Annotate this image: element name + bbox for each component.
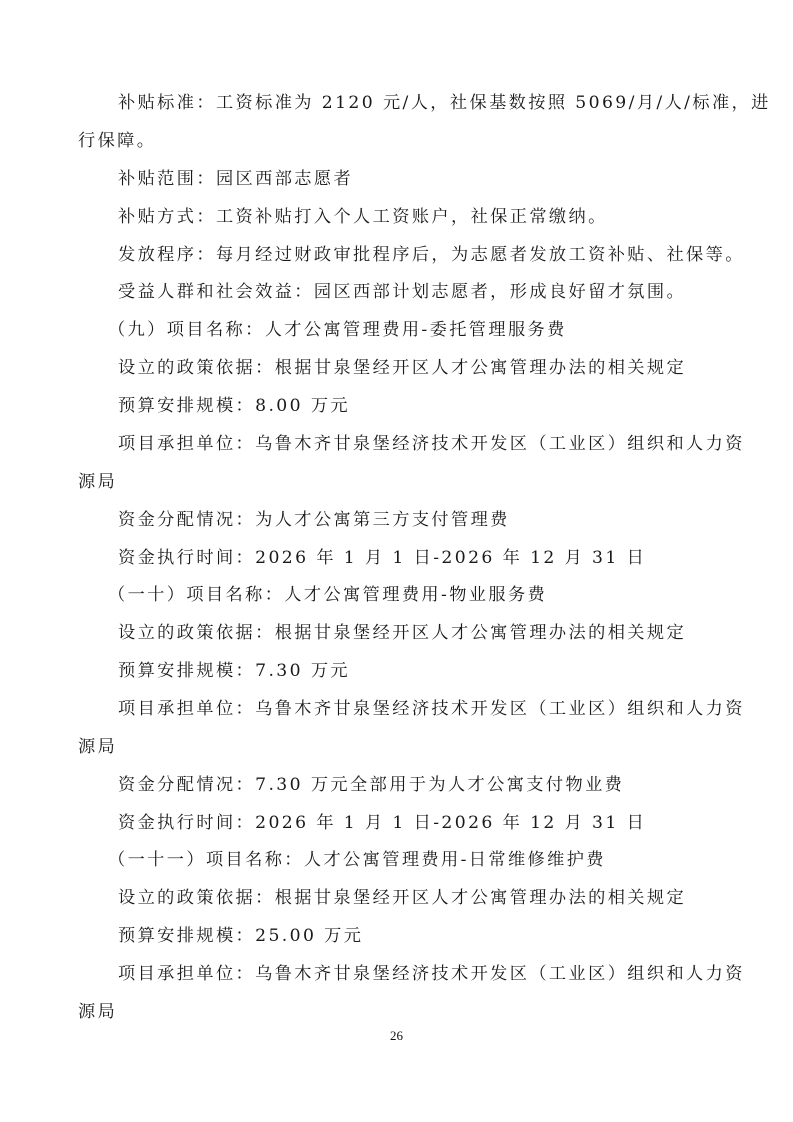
subsidy-standard-continuation: 行保障。 bbox=[78, 129, 718, 153]
distribution-procedure-line: 发放程序：每月经过财政审批程序后，为志愿者发放工资补贴、社保等。 bbox=[118, 243, 758, 267]
project-10-budget: 预算安排规模：7.30 万元 bbox=[118, 659, 758, 683]
project-9-title: （九）项目名称：人才公寓管理费用-委托管理服务费 bbox=[108, 318, 748, 342]
page-number: 26 bbox=[0, 1028, 793, 1044]
project-9-execution-time: 资金执行时间：2026 年 1 月 1 日-2026 年 12 月 31 日 bbox=[118, 546, 758, 570]
project-10-allocation: 资金分配情况：7.30 万元全部用于为人才公寓支付物业费 bbox=[118, 773, 758, 797]
project-10-execution-time: 资金执行时间：2026 年 1 月 1 日-2026 年 12 月 31 日 bbox=[118, 811, 758, 835]
subsidy-standard-line: 补贴标准：工资标准为 2120 元/人，社保基数按照 5069/月/人/标准，进 bbox=[118, 91, 758, 115]
project-11-unit: 项目承担单位：乌鲁木齐甘泉堡经济技术开发区（工业区）组织和人力资 bbox=[118, 962, 758, 986]
project-9-unit-continuation: 源局 bbox=[78, 470, 718, 494]
project-9-allocation: 资金分配情况：为人才公寓第三方支付管理费 bbox=[118, 508, 758, 532]
project-11-budget: 预算安排规模：25.00 万元 bbox=[118, 924, 758, 948]
subsidy-method-line: 补贴方式：工资补贴打入个人工资账户，社保正常缴纳。 bbox=[118, 205, 758, 229]
project-10-unit: 项目承担单位：乌鲁木齐甘泉堡经济技术开发区（工业区）组织和人力资 bbox=[118, 697, 758, 721]
project-11-policy-basis: 设立的政策依据：根据甘泉堡经开区人才公寓管理办法的相关规定 bbox=[118, 886, 758, 910]
project-10-policy-basis: 设立的政策依据：根据甘泉堡经开区人才公寓管理办法的相关规定 bbox=[118, 621, 758, 645]
project-11-title: （一十一）项目名称：人才公寓管理费用-日常维修维护费 bbox=[108, 848, 748, 872]
beneficiaries-line: 受益人群和社会效益：园区西部计划志愿者，形成良好留才氛围。 bbox=[118, 280, 758, 304]
document-page: 补贴标准：工资标准为 2120 元/人，社保基数按照 5069/月/人/标准，进… bbox=[0, 0, 793, 1122]
subsidy-scope-line: 补贴范围：园区西部志愿者 bbox=[118, 167, 758, 191]
project-9-unit: 项目承担单位：乌鲁木齐甘泉堡经济技术开发区（工业区）组织和人力资 bbox=[118, 432, 758, 456]
project-10-title: （一十）项目名称：人才公寓管理费用-物业服务费 bbox=[108, 583, 748, 607]
project-10-unit-continuation: 源局 bbox=[78, 735, 718, 759]
project-9-policy-basis: 设立的政策依据：根据甘泉堡经开区人才公寓管理办法的相关规定 bbox=[118, 356, 758, 380]
project-11-unit-continuation: 源局 bbox=[78, 1000, 718, 1024]
project-9-budget: 预算安排规模：8.00 万元 bbox=[118, 394, 758, 418]
